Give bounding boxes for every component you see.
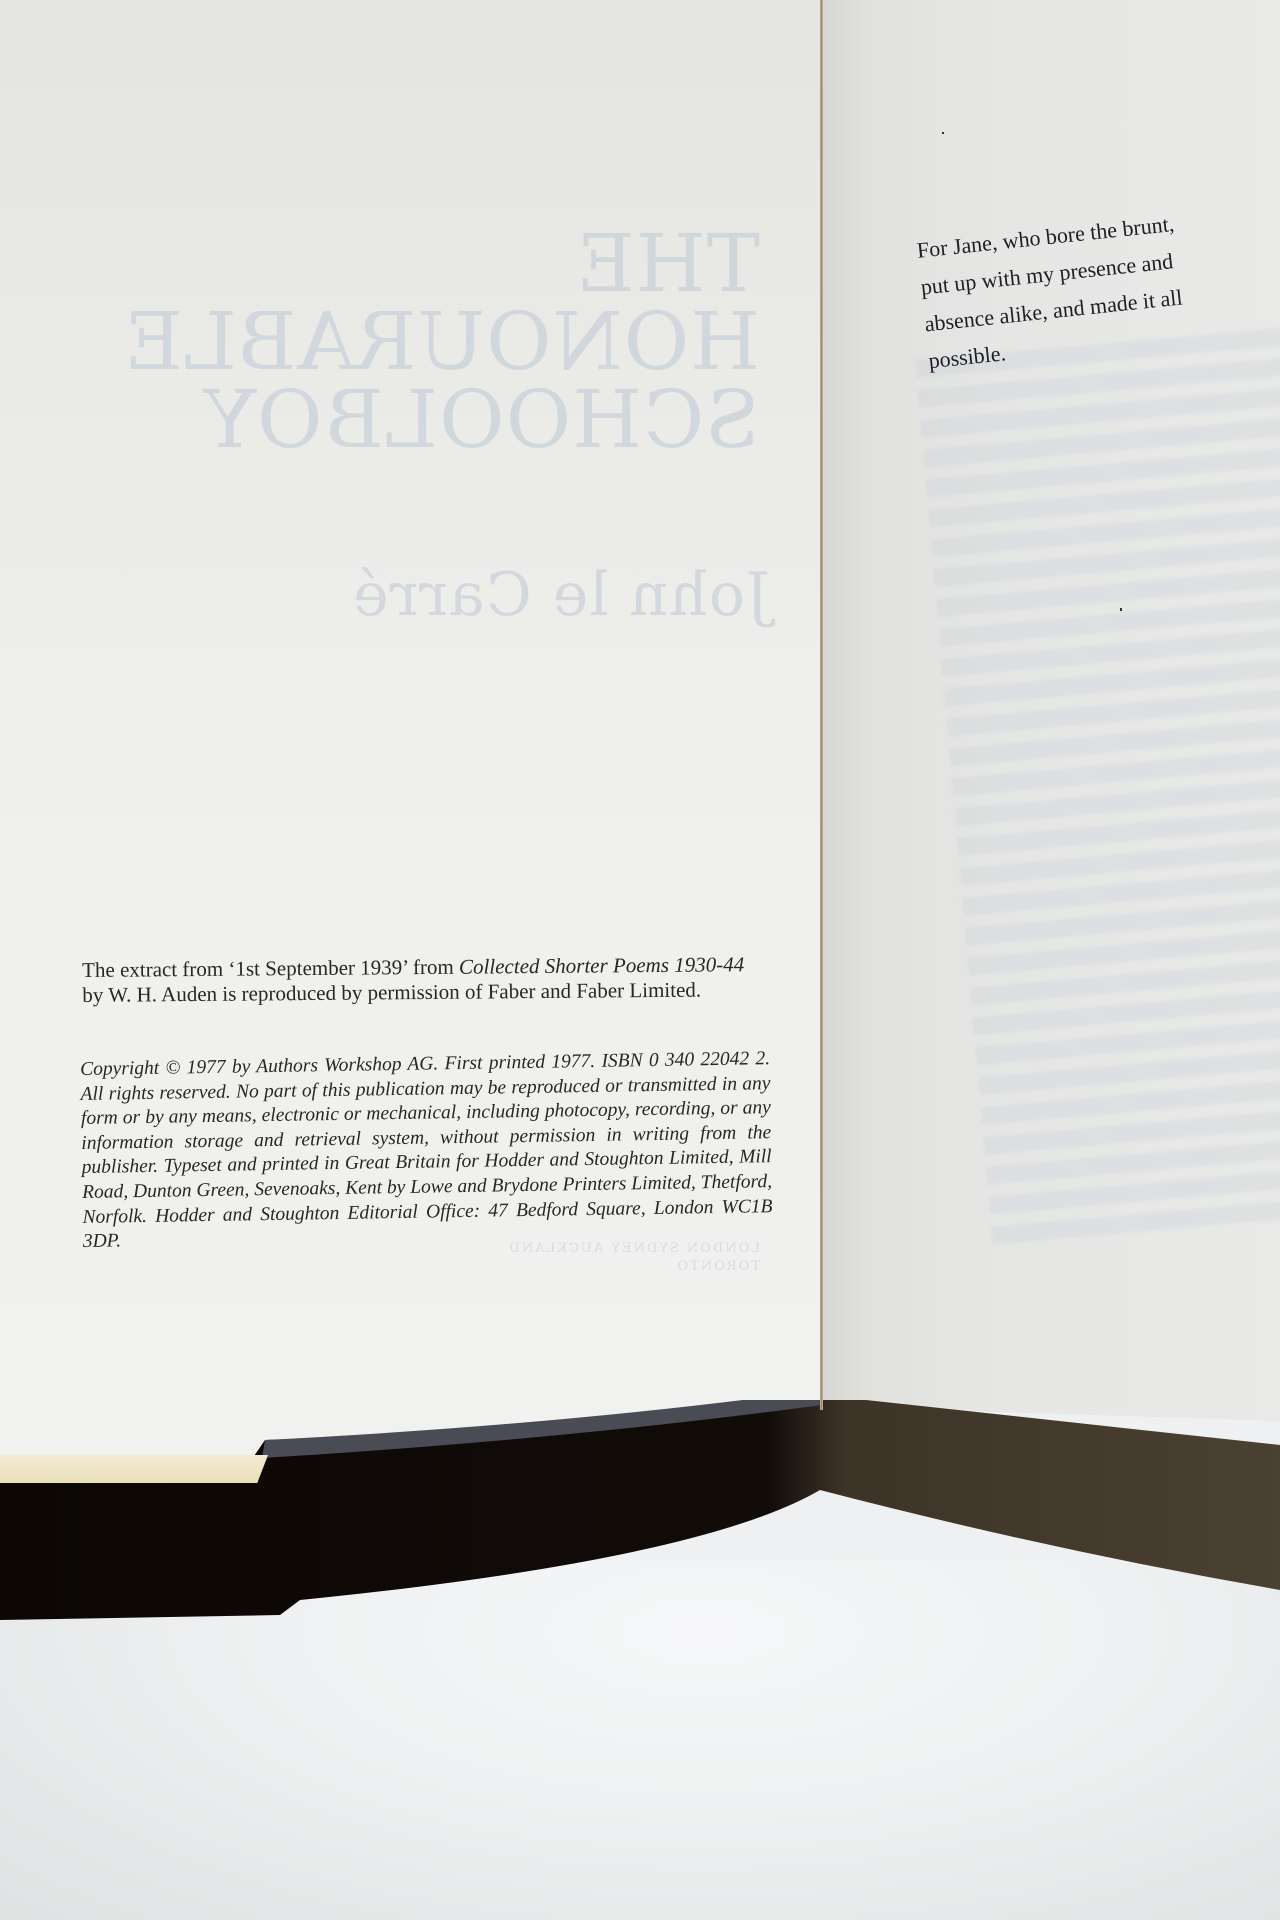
ack-suffix: by W. H. Auden is reproduced by permissi… <box>82 978 701 1007</box>
show-through-author: John le Carré <box>350 565 770 625</box>
ack-prefix: The extract from ‘1st September 1939’ fr… <box>82 955 459 982</box>
book-gutter <box>820 0 823 1410</box>
show-through-title-line: THE <box>100 225 760 303</box>
show-through-title-line: SCHOOLBOY <box>100 381 760 459</box>
ack-book-title: Collected Shorter Poems 1930-44 <box>459 952 744 978</box>
bookmark-ribbon <box>0 1455 268 1483</box>
copyright-notice: Copyright © 1977 by Authors Workshop AG.… <box>80 1047 773 1255</box>
speck <box>942 132 944 134</box>
show-through-title: THE HONOURABLE SCHOOLBOY <box>100 225 760 459</box>
book-shadow <box>0 1400 1280 1620</box>
speck <box>1120 608 1122 611</box>
acknowledgement-text: The extract from ‘1st September 1939’ fr… <box>82 952 767 1008</box>
show-through-title-line: HONOURABLE <box>100 303 760 381</box>
